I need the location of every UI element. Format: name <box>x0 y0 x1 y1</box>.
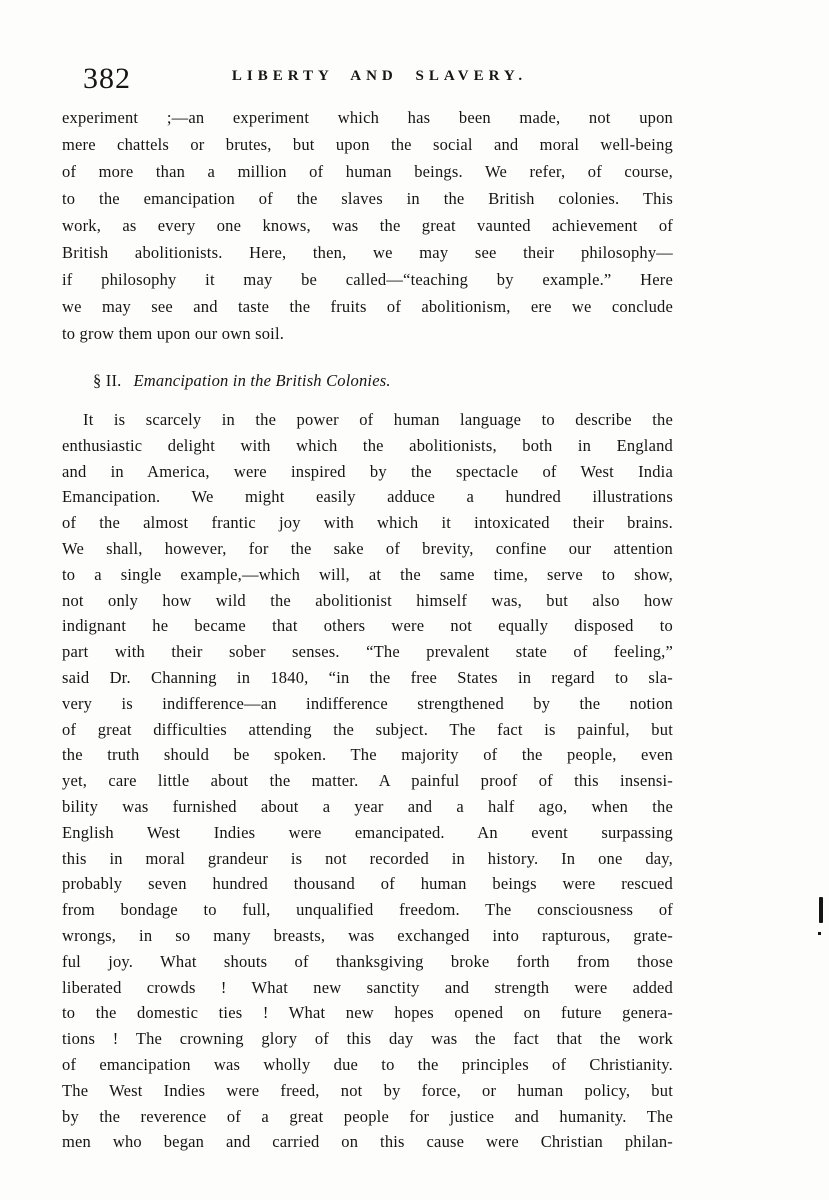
text-line: enthusiastic delight with which the abol… <box>62 433 673 459</box>
paragraph-emancipation: It is scarcely in the power of human lan… <box>62 407 673 1155</box>
text-line: The West Indies were freed, not by force… <box>62 1078 673 1104</box>
text-line: yet, care little about the matter. A pai… <box>62 768 673 794</box>
text-line: from bondage to full, unqualified freedo… <box>62 897 673 923</box>
book-page: 382 LIBERTY AND SLAVERY. experiment ;—an… <box>0 0 829 1200</box>
text-line: bility was furnished about a year and a … <box>62 794 673 820</box>
text-line: not only how wild the abolitionist himse… <box>62 588 673 614</box>
text-line: of emancipation was wholly due to the pr… <box>62 1052 673 1078</box>
text-line: by the reverence of a great people for j… <box>62 1104 673 1130</box>
text-line: said Dr. Channing in 1840, “in the free … <box>62 665 673 691</box>
running-title: LIBERTY AND SLAVERY. <box>232 68 527 85</box>
text-line: wrongs, in so many breasts, was exchange… <box>62 923 673 949</box>
text-line: this in moral grandeur is not recorded i… <box>62 846 673 872</box>
text-line: and in America, were inspired by the spe… <box>62 459 673 485</box>
text-line: indignant he became that others were not… <box>62 613 673 639</box>
scan-artifact-dot <box>818 932 821 935</box>
text-line: to grow them upon our own soil. <box>62 320 673 347</box>
text-line: part with their sober senses. “The preva… <box>62 639 673 665</box>
text-line: We shall, however, for the sake of brevi… <box>62 536 673 562</box>
text-line: of great difficulties attending the subj… <box>62 717 673 743</box>
text-line: mere chattels or brutes, but upon the so… <box>62 131 673 158</box>
text-line: to the emancipation of the slaves in the… <box>62 185 673 212</box>
text-line: of the almost frantic joy with which it … <box>62 510 673 536</box>
text-line: men who began and carried on this cause … <box>62 1129 673 1155</box>
text-line: to a single example,—which will, at the … <box>62 562 673 588</box>
section-title: Emancipation in the British Colonies. <box>134 371 391 390</box>
text-line: British abolitionists. Here, then, we ma… <box>62 239 673 266</box>
text-line: of more than a million of human beings. … <box>62 158 673 185</box>
page-header: 382 LIBERTY AND SLAVERY. <box>62 64 673 104</box>
text-block: experiment ;—an experiment which has bee… <box>62 104 673 1155</box>
text-line: It is scarcely in the power of human lan… <box>62 407 673 433</box>
text-line: work, as every one knows, was the great … <box>62 212 673 239</box>
text-line: to the domestic ties ! What new hopes op… <box>62 1000 673 1026</box>
text-line: if philosophy it may be called—“teaching… <box>62 266 673 293</box>
text-line: experiment ;—an experiment which has bee… <box>62 104 673 131</box>
text-line: tions ! The crowning glory of this day w… <box>62 1026 673 1052</box>
section-heading: § II.Emancipation in the British Colonie… <box>62 368 673 394</box>
section-marker: § II. <box>93 371 122 390</box>
text-line: very is indifference—an indifference str… <box>62 691 673 717</box>
text-line: probably seven hundred thousand of human… <box>62 871 673 897</box>
text-line: ful joy. What shouts of thanksgiving bro… <box>62 949 673 975</box>
text-line: we may see and taste the fruits of aboli… <box>62 293 673 320</box>
text-line: the truth should be spoken. The majority… <box>62 742 673 768</box>
text-line: English West Indies were emancipated. An… <box>62 820 673 846</box>
paragraph-continuation: experiment ;—an experiment which has bee… <box>62 104 673 347</box>
text-line: liberated crowds ! What new sanctity and… <box>62 975 673 1001</box>
page-number: 382 <box>83 64 131 94</box>
scan-artifact-mark <box>819 897 823 923</box>
text-line: Emancipation. We might easily adduce a h… <box>62 484 673 510</box>
